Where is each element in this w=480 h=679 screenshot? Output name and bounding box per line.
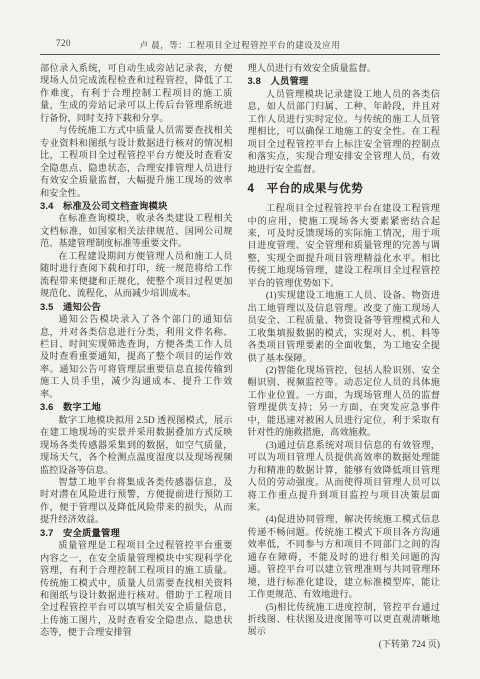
section-heading-3-7: 3.7 安全质量管理	[40, 527, 233, 539]
paragraph: 理人员进行有效安全质量监督。	[248, 62, 441, 74]
section-heading-3-4: 3.4 标准及公司文档查询模块	[40, 200, 233, 212]
paragraph: 与传统施工方式中质量人员需要查找相关专业资料和图纸与设计数据进行核对的情况相比，…	[40, 124, 233, 199]
paragraph: 部位录入系统，可自动生成旁站记录表，方便现场人员完成流程检查和过程管控，降低了工…	[40, 62, 233, 124]
paragraph: 智慧工地平台将集成各类传感器信息，及时对潜在风险进行预警，方便提前进行预防工作，…	[40, 476, 233, 526]
paragraph: (5)相比传统施工进度控制，管控平台通过折线图、柱状图及进度图等可以更直观清晰地…	[248, 601, 441, 638]
paragraph: 通知公告模块录入了各个部门的通知信息，并对各类信息进行分类，利用文件名称、栏目、…	[40, 313, 233, 400]
paragraph: (1)实现建设工地施工人员、设备、物资进出工地管理以及信息管理。改变了施工现场人…	[248, 289, 441, 364]
paragraph: 数字工地模块拟用 2.5D 透视图模式，展示在建工地现场的实景并采用数据叠加方式…	[40, 414, 233, 476]
section-heading-3-8: 3.8 人员管理	[248, 75, 441, 87]
running-head: 720 卢 晨，等：工程项目全过程管控平台的建设及应用	[40, 38, 440, 55]
article-body: 部位录入系统，可自动生成旁站记录表，方便现场人员完成流程检查和过程管控，降低了工…	[40, 62, 440, 650]
journal-page: 720 卢 晨，等：工程项目全过程管控平台的建设及应用 部位录入系统，可自动生成…	[0, 0, 480, 679]
right-column: 理人员进行有效安全质量监督。 3.8 人员管理 人员管理模块记录建设工地人员的各…	[248, 62, 441, 650]
paragraph: 在工程建设期间方便管理人员和施工人员随时进行查阅下载和打印，统一规范将给工作流程…	[40, 250, 233, 300]
paragraph: 工程项目全过程管控平台在建设工程管理中的应用，使施工现场各大要素紧密结合起来，可…	[248, 202, 441, 289]
section-heading-3-5: 3.5 通知公告	[40, 301, 233, 313]
section-heading-3-6: 3.6 数字工地	[40, 401, 233, 413]
paragraph: 在标准查询模块，收录各类建设工程相关文档标准，如国家相关法律规范、国网公司规范、…	[40, 212, 233, 249]
paragraph: 人员管理模块记录建设工地人员的各类信息，如人员部门归属、工种、年龄段，并且对工作…	[248, 88, 441, 175]
paragraph: 质量管理是工程项目全过程管控平台重要内容之一，在安全质量管理模块中实现科学化管理…	[40, 539, 233, 639]
section-heading-4: 4 平台的成果与优势	[248, 182, 441, 196]
continuation-note: (下转第 724 页)	[248, 638, 441, 650]
paragraph: (3)通过信息系统对项目信息的有效管理，可以为项目管理人员提供高效率的数据处理能…	[248, 439, 441, 514]
paragraph: (4)促进协同管理，解决传统施工模式信息传递不畅问题。传统施工模式下项目各方沟通…	[248, 513, 441, 600]
paragraph: (2)智能化现场管控，包括人脸识别、安全帽识别、视频监控等。动态定位人员的具体施…	[248, 364, 441, 439]
left-column: 部位录入系统，可自动生成旁站记录表，方便现场人员完成流程检查和过程管控，降低了工…	[40, 62, 233, 650]
running-title: 卢 晨，等：工程项目全过程管控平台的建设及应用	[40, 39, 440, 51]
